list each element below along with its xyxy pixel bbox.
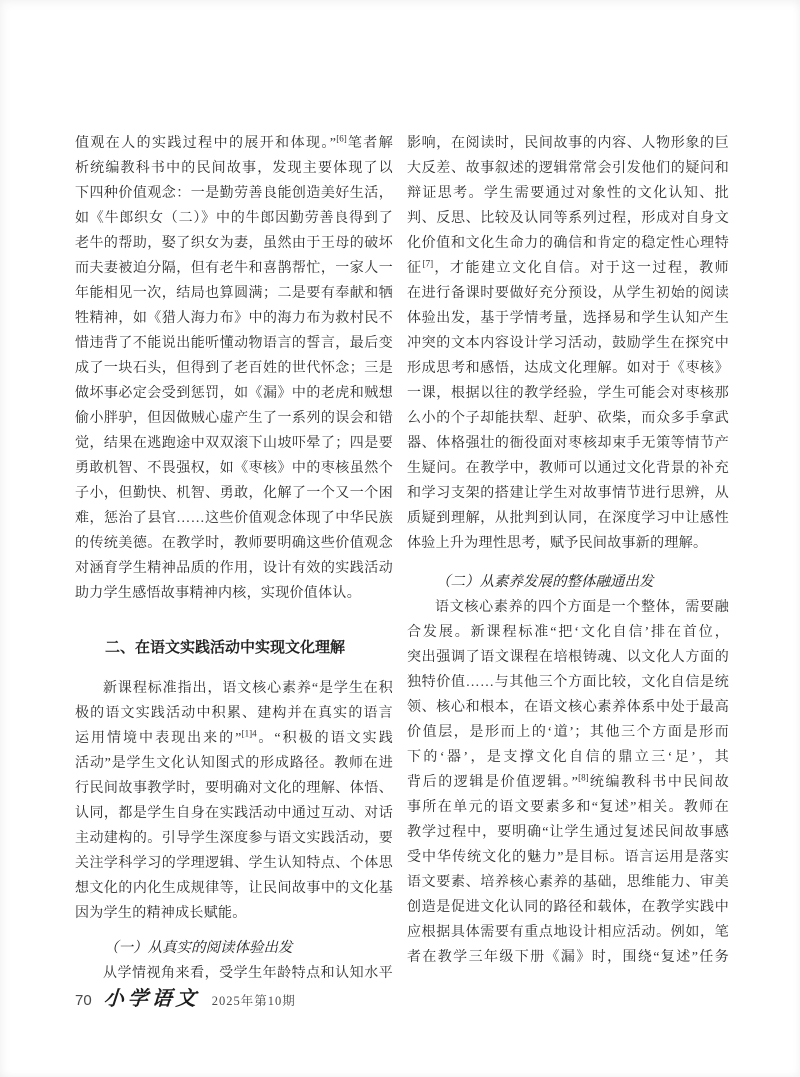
text-line: 背后的逻辑是价值逻辑。”[8]统编教科书中民间故 xyxy=(407,770,729,795)
text-line: 化价值和文化生命力的确信和肯定的稳定性心理特 xyxy=(407,231,729,256)
footnote-ref: [8] xyxy=(578,772,589,782)
text-line: 对涵育学生精神品质的作用，设计有效的实践活动 xyxy=(75,556,393,581)
text-line: 关注学科学习的学理逻辑、学生认知特点、个体思 xyxy=(75,851,393,876)
text-line: 独特价值……与其他三个方面比较，文化自信是统 xyxy=(407,670,729,695)
right-text-column: 影响，在阅读时，民间故事的内容、人物形象的巨大反差、故事叙述的逻辑常常会引发他们… xyxy=(407,131,729,970)
text-line: 牲精神，如《猎人海力布》中的海力布为救村民不 xyxy=(75,306,393,331)
text-line: 领、核心和根本，在语文核心素养体系中处于最高 xyxy=(407,695,729,720)
text-line: 形成思考和感悟，达成文化理解。如对于《枣核》 xyxy=(407,356,729,381)
text-line: 事所在单元的语文要素多和“复述”相关。教师在 xyxy=(407,795,729,820)
text-line: 子小，但勤快、机智、勇敢，化解了一个又一个困 xyxy=(75,481,393,506)
text-line: 惜违背了不能说出能听懂动物语言的誓言，最后变 xyxy=(75,331,393,356)
text-line: 影响，在阅读时，民间故事的内容、人物形象的巨 xyxy=(407,131,729,156)
text-line: 析统编教科书中的民间故事，发现主要体现了以 xyxy=(75,156,393,181)
text-line: 征[7]，才能建立文化自信。对于这一过程，教师 xyxy=(407,256,729,281)
text-line: 在进行备课时要做好充分预设，从学生初始的阅读 xyxy=(407,281,729,306)
text-line: 判、反思、比较及认同等系列过程，形成对自身文 xyxy=(407,206,729,231)
text-line: 偷小胖驴，但因做贼心虚产生了一系列的误会和错 xyxy=(75,406,393,431)
text-line: 运用情境中表现出来的”[1]4。“积极的语文实践 xyxy=(75,726,393,751)
text-line: 新课程标准指出，语文核心素养“是学生在积 xyxy=(75,676,393,701)
footnote-ref: [6] xyxy=(336,133,347,143)
text-line: 突出强调了语文课程在培根铸魂、以文化人方面的 xyxy=(407,645,729,670)
page-footer: 70 小学语文 2025年第10期 xyxy=(75,982,296,1011)
text-line: 质疑到理解，从批判到认同，在深度学习中让感性 xyxy=(407,506,729,531)
text-line: 生疑问。在教学中，教师可以通过文化背景的补充 xyxy=(407,456,729,481)
text-line: 器、体格强壮的衙役面对枣核却束手无策等情节产 xyxy=(407,431,729,456)
text-line: 如《牛郎织女（二）》中的牛郎因勤劳善良得到了 xyxy=(75,206,393,231)
journal-issue: 2025年第10期 xyxy=(212,991,296,1009)
journal-page: 值观在人的实践过程中的展开和体现。”[6]笔者解析统编教科书中的民间故事，发现主… xyxy=(0,0,800,1077)
text-line: 价值层，是形而上的‘道’；其他三个方面是形而 xyxy=(407,720,729,745)
text-line: 冲突的文本内容设计学习活动，鼓励学生在探究中 xyxy=(407,331,729,356)
text-line: 教学过程中，要明确“让学生通过复述民间故事感 xyxy=(407,820,729,845)
text-line: 应根据具体需要有重点地设计相应活动。例如，笔 xyxy=(407,920,729,945)
text-line: 合发展。新课程标准“把‘文化自信’排在首位， xyxy=(407,620,729,645)
text-line: 值观在人的实践过程中的展开和体现。”[6]笔者解 xyxy=(75,131,393,156)
text-line: 创造是促进文化认同的路径和载体，在教学实践中 xyxy=(407,895,729,920)
text-line: 助力学生感悟故事精神内核，实现价值体认。 xyxy=(75,581,393,606)
text-line: 语文要素、培养核心素养的基础，思维能力、审美 xyxy=(407,870,729,895)
text-line: 和学习支架的搭建让学生对故事情节进行思辨，从 xyxy=(407,481,729,506)
journal-name: 小学语文 xyxy=(103,982,201,1011)
text-line: 的传统美德。在教学时，教师要明确这些价值观念 xyxy=(75,531,393,556)
subsection-heading: （一）从真实的阅读体验出发 xyxy=(75,936,393,961)
text-line: 成了一块石头，但得到了老百姓的世代怀念；三是 xyxy=(75,356,393,381)
text-line: 想文化的内化生成规律等，让民间故事中的文化基 xyxy=(75,876,393,901)
left-text-column: 值观在人的实践过程中的展开和体现。”[6]笔者解析统编教科书中的民间故事，发现主… xyxy=(75,131,393,986)
text-line: 年能相见一次，结局也算圆满；二是要有奉献和牺 xyxy=(75,281,393,306)
text-line: 么小的个子却能扶犁、赶驴、砍柴，而众多手拿武 xyxy=(407,406,729,431)
text-line: 极的语文实践活动中积累、建构并在真实的语言 xyxy=(75,701,393,726)
page-number: 70 xyxy=(75,992,92,1009)
text-line: 一课，根据以往的教学经验，学生可能会对枣核那 xyxy=(407,381,729,406)
text-line: 老牛的帮助，娶了织女为妻，虽然由于王母的破坏 xyxy=(75,231,393,256)
text-line: 者在教学三年级下册《漏》时，围绕“复述”任务 xyxy=(407,945,729,970)
text-line: 行民间故事教学时，要明确对文化的理解、体悟、 xyxy=(75,776,393,801)
text-line: 做坏事必定会受到惩罚，如《漏》中的老虎和贼想 xyxy=(75,381,393,406)
text-line: 因为学生的精神成长赋能。 xyxy=(75,901,393,926)
text-line: 语文核心素养的四个方面是一个整体，需要融 xyxy=(407,595,729,620)
text-line: 勇敢机智、不畏强权，如《枣核》中的枣核虽然个 xyxy=(75,456,393,481)
text-line: 体验出发，基于学情考量，选择易和学生认知产生 xyxy=(407,306,729,331)
footnote-ref: [7] xyxy=(423,258,434,268)
text-line: 体验上升为理性思考，赋予民间故事新的理解。 xyxy=(407,531,729,556)
text-line: 大反差、故事叙述的逻辑常常会引发他们的疑问和 xyxy=(407,156,729,181)
text-line: 觉，结果在逃跑途中双双滚下山坡吓晕了；四是要 xyxy=(75,431,393,456)
text-line: 受中华传统文化的魅力”是目标。语言运用是落实 xyxy=(407,845,729,870)
text-line: 难，惩治了县官……这些价值观念体现了中华民族 xyxy=(75,506,393,531)
text-line: 活动”是学生文化认知图式的形成路径。教师在进 xyxy=(75,751,393,776)
text-line: 而夫妻被迫分隔，但有老牛和喜鹊帮忙，一家人一 xyxy=(75,256,393,281)
text-line: 下的‘器’，是支撑文化自信的鼎立三‘足’，其 xyxy=(407,745,729,770)
section-heading: 二、在语文实践活动中实现文化理解 xyxy=(75,636,393,661)
text-line: 主动建构的。引导学生深度参与语文实践活动，要 xyxy=(75,826,393,851)
text-line: 下四种价值观念：一是勤劳善良能创造美好生活， xyxy=(75,181,393,206)
text-line: 辩证思考。学生需要通过对象性的文化认知、批 xyxy=(407,181,729,206)
footnote-ref: [1]4 xyxy=(242,728,257,738)
text-line: 认同，都是学生自身在实践活动中通过互动、对话 xyxy=(75,801,393,826)
subsection-heading: （二）从素养发展的整体融通出发 xyxy=(407,570,729,595)
